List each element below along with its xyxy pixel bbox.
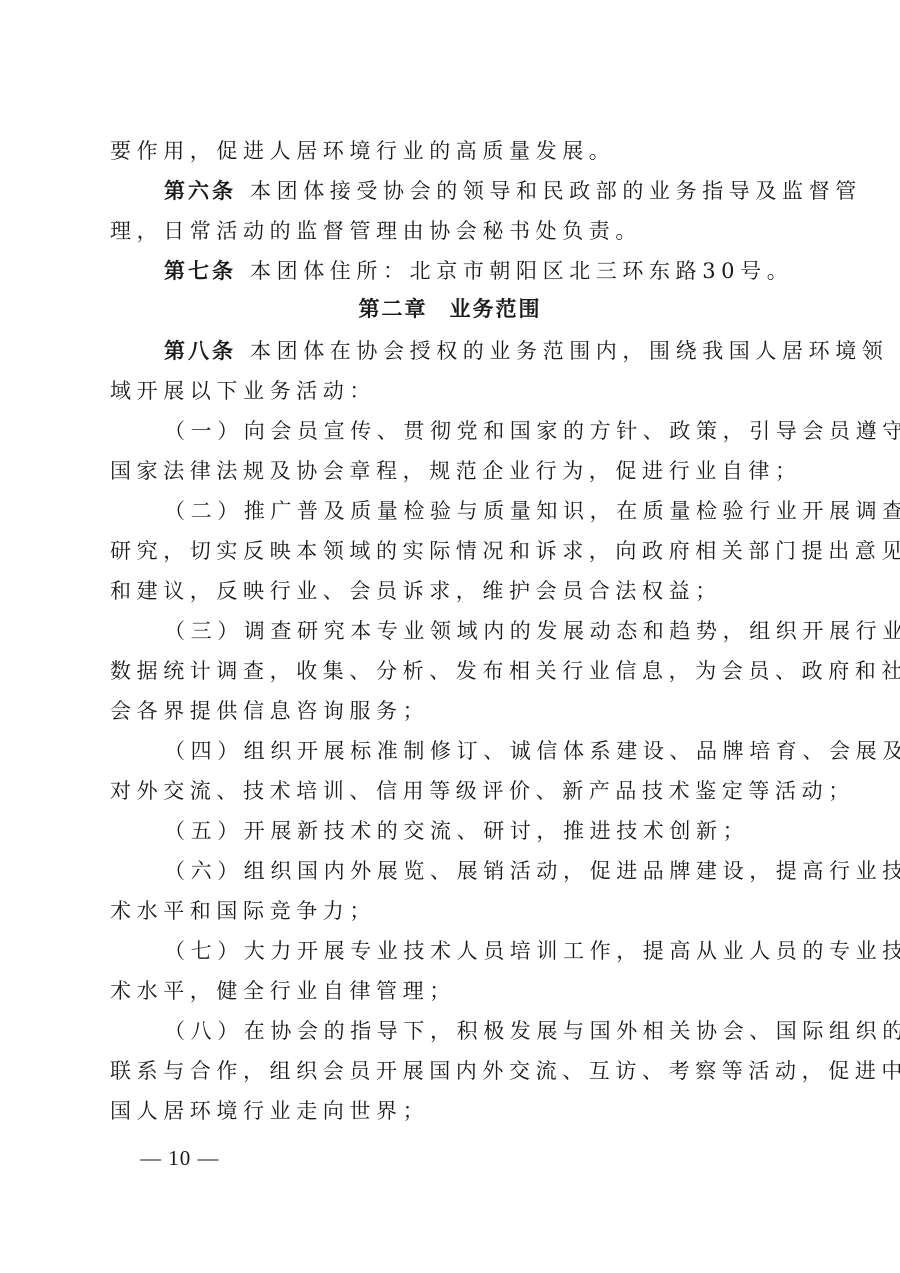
article-text: 本团体住所：北京市朝阳区北三环东路30号。 [250,259,793,283]
article-7: 第七条本团体住所：北京市朝阳区北三环东路30号。 [110,251,790,291]
chapter-number: 第二章 [359,297,428,321]
article-label: 第六条 [164,179,236,203]
list-item-2: （二）推广普及质量检验与质量知识，在质量检验行业开展调查 [110,491,790,531]
text-line: 理，日常活动的监督管理由协会秘书处负责。 [110,211,790,251]
chapter-title: 业务范围 [450,297,542,321]
text-line: 对外交流、技术培训、信用等级评价、新产品技术鉴定等活动； [110,771,790,811]
list-item-4: （四）组织开展标准制修订、诚信体系建设、品牌培育、会展及 [110,731,790,771]
page-number: — 10 — [140,1146,220,1171]
document-page: 要作用，促进人居环境行业的高质量发展。 第六条本团体接受协会的领导和民政部的业务… [110,131,790,1131]
list-item-1: （一）向会员宣传、贯彻党和国家的方针、政策，引导会员遵守 [110,411,790,451]
text-line: 研究，切实反映本领域的实际情况和诉求，向政府相关部门提出意见 [110,531,790,571]
article-label: 第七条 [164,259,236,283]
article-6: 第六条本团体接受协会的领导和民政部的业务指导及监督管 [110,171,790,211]
text-line: 国家法律法规及协会章程，规范企业行为，促进行业自律； [110,451,790,491]
chapter-heading: 第二章业务范围 [110,291,790,331]
text-line: 域开展以下业务活动： [110,371,790,411]
text-line: 要作用，促进人居环境行业的高质量发展。 [110,131,790,171]
list-item-8: （八）在协会的指导下，积极发展与国外相关协会、国际组织的 [110,1011,790,1051]
article-label: 第八条 [164,339,236,363]
text-line: 会各界提供信息咨询服务； [110,691,790,731]
text-line: 术水平和国际竞争力； [110,891,790,931]
text-line: 和建议，反映行业、会员诉求，维护会员合法权益； [110,571,790,611]
text-line: 数据统计调查，收集、分析、发布相关行业信息，为会员、政府和社 [110,651,790,691]
list-item-5: （五）开展新技术的交流、研讨，推进技术创新； [110,811,790,851]
list-item-6: （六）组织国内外展览、展销活动，促进品牌建设，提高行业技 [110,851,790,891]
text-line: 联系与合作，组织会员开展国内外交流、互访、考察等活动，促进中 [110,1051,790,1091]
article-text: 本团体接受协会的领导和民政部的业务指导及监督管 [250,179,862,203]
text-line: 术水平，健全行业自律管理； [110,971,790,1011]
text-line: 国人居环境行业走向世界； [110,1091,790,1131]
list-item-3: （三）调查研究本专业领域内的发展动态和趋势，组织开展行业 [110,611,790,651]
list-item-7: （七）大力开展专业技术人员培训工作，提高从业人员的专业技 [110,931,790,971]
article-8: 第八条本团体在协会授权的业务范围内，围绕我国人居环境领 [110,331,790,371]
article-text: 本团体在协会授权的业务范围内，围绕我国人居环境领 [250,339,888,363]
